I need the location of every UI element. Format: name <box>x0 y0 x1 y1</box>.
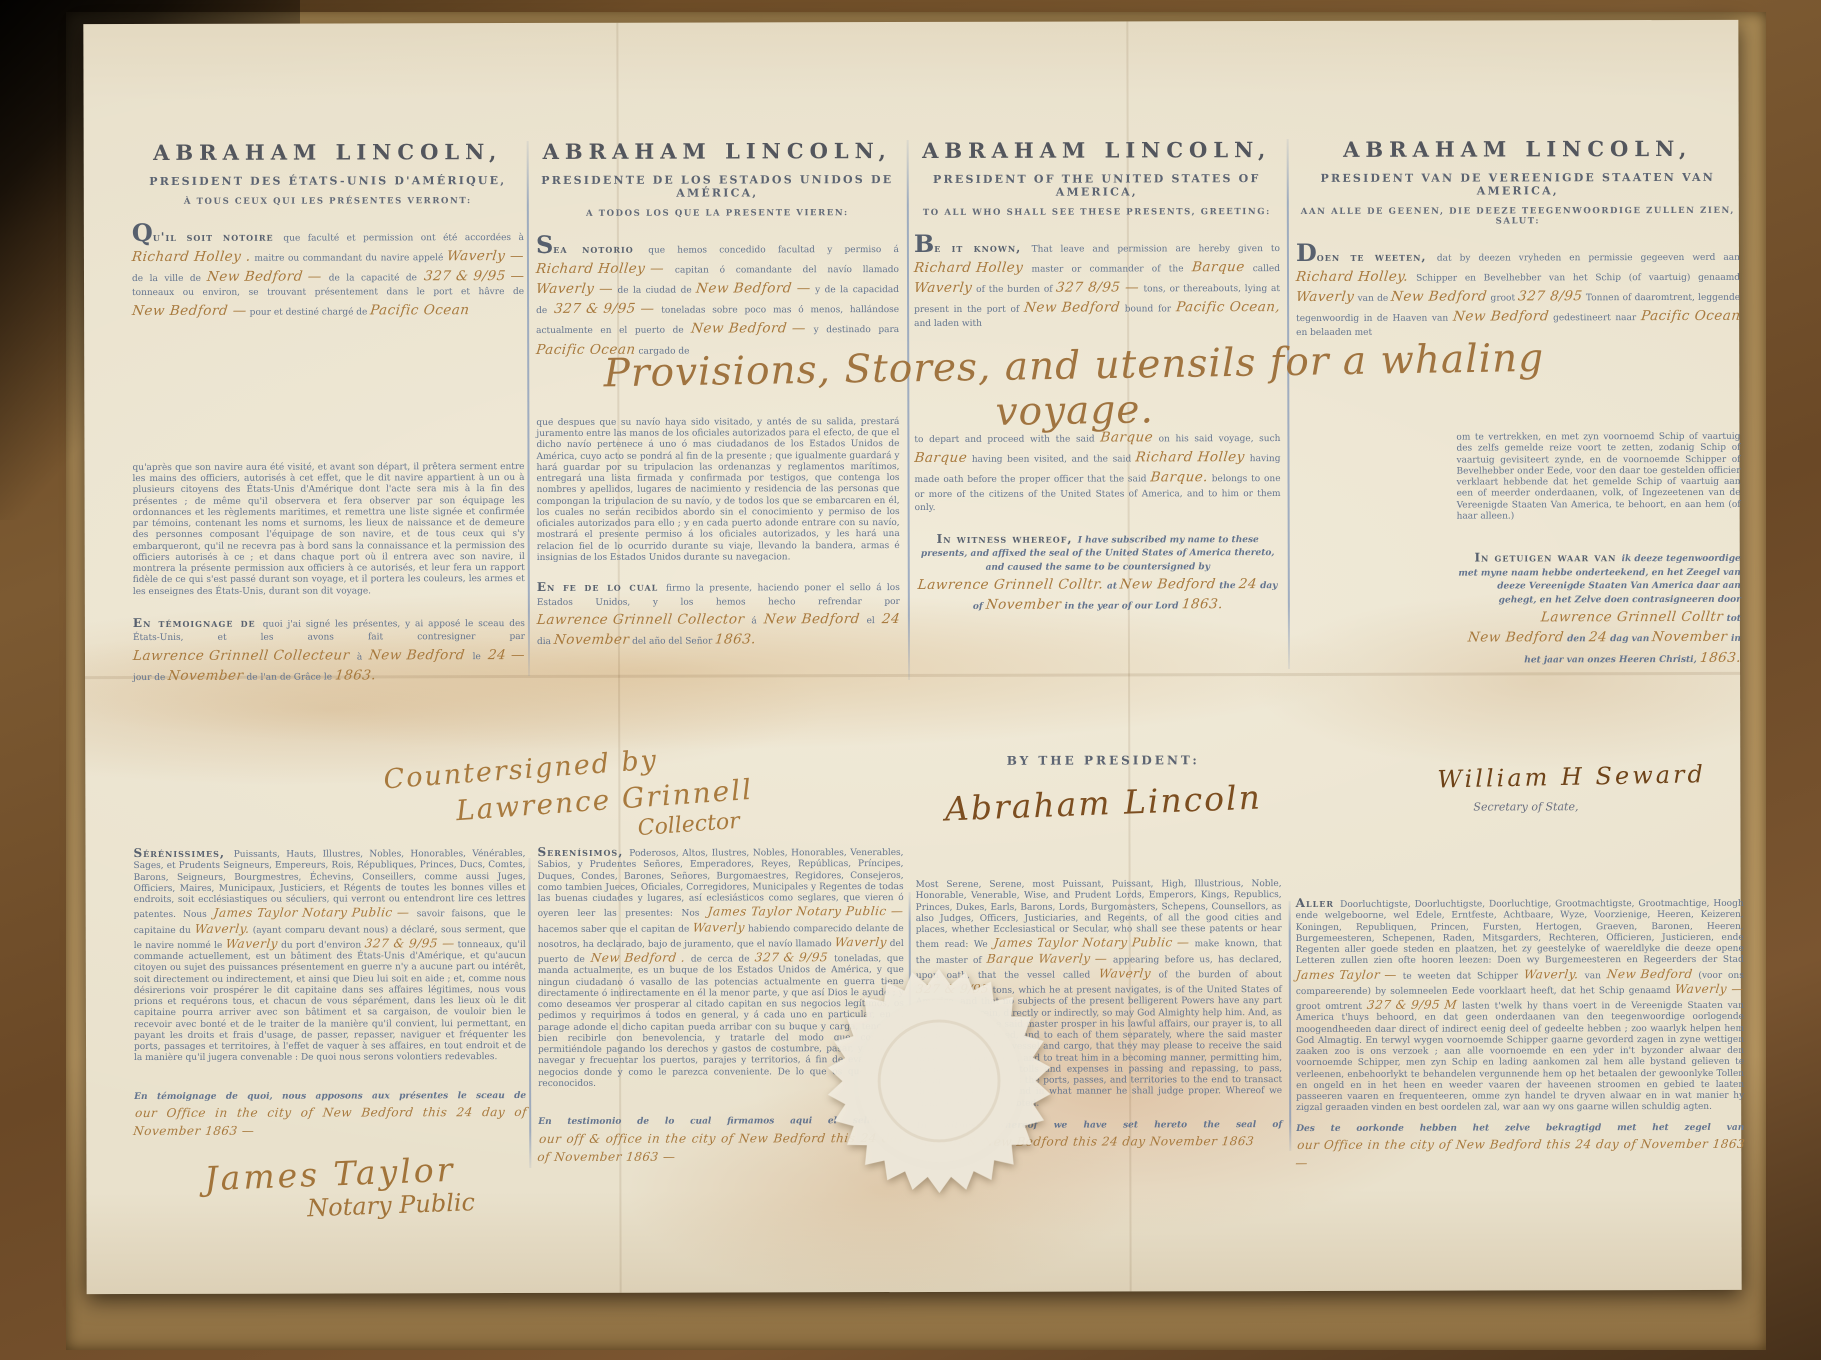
handwritten-entry: New Bedford <box>1606 966 1693 981</box>
printed-text: En témoignage de quoi, nous apposons aux… <box>134 1091 526 1102</box>
printed-text: de l'an de Grâce le <box>244 673 335 683</box>
printed-text: In witness whereof, <box>937 531 1078 545</box>
cargo-script-handwriting: Provisions, Stores, and utensils for a w… <box>584 335 1565 441</box>
page-title: ABRAHAM LINCOLN, <box>132 139 524 165</box>
printed-text: of the burden of <box>972 284 1056 294</box>
handwritten-entry: Lawrence Grinnell Colltr. <box>917 574 1105 595</box>
handwritten-entry: New Bedford <box>1467 628 1565 649</box>
handwritten-entry: 327 & 9/95 — <box>364 936 456 951</box>
handwritten-entry: Pacific Ocean <box>369 300 471 321</box>
handwritten-entry: James Taylor Notary Public — <box>707 904 904 920</box>
handwritten-entry: Barque <box>1191 257 1246 277</box>
printed-text: de la ville de <box>132 274 207 284</box>
printed-text: Serenísimos, <box>537 845 629 859</box>
handwritten-entry: 24 — <box>487 645 526 665</box>
column-separator <box>529 858 532 1168</box>
handwritten-entry: our Office in the city of New Bedford th… <box>132 1103 528 1140</box>
printed-text: In getuigen waar van <box>1474 550 1621 564</box>
handwritten-entry: New Bedford <box>1390 286 1488 307</box>
printed-text: D <box>1296 238 1317 267</box>
opening-clause: Sea notorio que hemos concedido facultad… <box>536 234 899 360</box>
handwritten-entry: Waverly — <box>1674 982 1745 997</box>
framed-lincoln-ship-passport: ABRAHAM LINCOLN, PRESIDENT DES ÉTATS-UNI… <box>0 0 1821 1360</box>
handwritten-entry: 327 & 9/95 — <box>422 266 525 287</box>
printed-text: That leave and permission are hereby giv… <box>1032 244 1280 255</box>
handwritten-entry: 1863. <box>1699 647 1742 667</box>
printed-text: to depart and proceed with the said <box>914 434 1100 444</box>
handwritten-entry: Richard Holley. <box>1295 266 1409 287</box>
handwritten-entry: Waverly <box>225 936 279 951</box>
salutation-line: TO ALL WHO SHALL SEE THESE PRESENTS, GRE… <box>914 207 1280 218</box>
page-title: ABRAHAM LINCOLN, <box>1296 136 1740 162</box>
printed-text: B <box>914 229 934 258</box>
printed-text: Aller <box>1296 896 1341 910</box>
printed-text: on his said voyage, such <box>1153 434 1280 444</box>
printed-text: de cerca de <box>685 954 755 964</box>
handwritten-entry: November <box>985 595 1063 615</box>
bottom-address-paragraph: Sérénissimes, Puissants, Hauts, Illustre… <box>133 845 526 1065</box>
embossed-notary-seal <box>823 965 1056 1198</box>
handwritten-entry: November <box>553 630 631 650</box>
witness-clause: En fe de lo cual firmo la presente, haci… <box>537 577 900 650</box>
handwritten-entry: 1863. <box>714 630 757 650</box>
printed-text: u'il soit notoire <box>153 230 284 244</box>
handwritten-entry: Waverly — <box>446 246 525 266</box>
countersigned-note: Countersigned by Lawrence Grinnell Colle… <box>382 733 818 859</box>
opening-clause: Qu'il soit notoire que faculté et permis… <box>132 222 524 321</box>
handwritten-entry: James Taylor Notary Public — <box>992 936 1189 952</box>
column-dutch-voyage-clause: om te vertrekken, en met zyn voornoemd S… <box>1456 432 1741 668</box>
printed-text: tot <box>1723 614 1740 624</box>
seal-starburst <box>823 965 1056 1198</box>
salutation-line: AAN ALLE DE GEENEN, DIE DEEZE TEEGENWOOR… <box>1296 206 1740 227</box>
handwritten-entry: Richard Holley — <box>535 258 665 279</box>
printed-text: groot <box>1487 293 1518 303</box>
printed-text: capitan ó comandante del navío llamado <box>664 265 899 276</box>
handwritten-entry: New Bedford <box>1119 574 1217 595</box>
opening-clause: Doen te weeten, dat by deezen vryheden e… <box>1296 242 1740 341</box>
printed-text: En témoignage de <box>133 615 263 629</box>
printed-text: te weeten dat Schipper <box>1397 971 1524 981</box>
notary-footer: En témoignage de quoi, nous apposons aux… <box>134 1090 526 1141</box>
handwritten-entry: Richard Holley <box>913 257 1024 278</box>
president-signature-block: BY THE PRESIDENT: Abraham Lincoln <box>913 753 1293 823</box>
printed-text: pour et destiné chargé de <box>247 307 370 317</box>
president-subtitle: PRESIDENT VAN DE VEREENIGDE STAATEN VAN … <box>1296 171 1740 198</box>
opening-clause: Be it known, That leave and permission a… <box>914 233 1280 332</box>
printed-text: Sérénissimes, <box>133 846 233 860</box>
handwritten-entry: Lawrence Grinnell Colltr <box>1540 607 1724 628</box>
printed-text: en belaaden met <box>1296 328 1372 338</box>
printed-text: bound for <box>1120 304 1176 314</box>
printed-text: de la capacité de <box>322 273 423 283</box>
handwritten-entry: 327 & 9/95 — <box>553 299 656 320</box>
by-the-president-label: BY THE PRESIDENT: <box>913 753 1293 768</box>
depart-clause: to depart and proceed with the said Barq… <box>914 427 1280 516</box>
handwritten-entry: New Bedford — <box>690 319 807 340</box>
printed-text: qu'après que son navire aura été visité,… <box>132 462 524 597</box>
handwritten-entry: Pacific Ocean <box>1640 306 1742 327</box>
handwritten-entry: Waverly <box>834 935 888 950</box>
printed-text: den <box>1564 634 1589 644</box>
bottom-address-paragraph: Aller Doorluchtigste, Doorluchtigste, Do… <box>1296 895 1745 1115</box>
page-title: ABRAHAM LINCOLN, <box>914 137 1280 163</box>
president-subtitle: PRESIDENTE DE LOS ESTADOS UNIDOS DE AMÉR… <box>536 173 899 200</box>
printed-text: Q <box>132 218 153 247</box>
column-french-upper: ABRAHAM LINCOLN, PRESIDENT DES ÉTATS-UNI… <box>132 139 525 686</box>
secretary-of-state-label: Secretary of State, <box>1473 800 1767 814</box>
handwritten-entry: Waverly <box>692 920 746 935</box>
handwritten-entry: November <box>167 666 245 686</box>
handwritten-entry: New Bedford <box>763 609 861 630</box>
handwritten-entry: Waverly <box>1098 966 1152 981</box>
printed-text: maitre ou commandant du navire appelé <box>251 253 447 264</box>
salutation-line: À TOUS CEUX QUI LES PRÉSENTES VERRONT: <box>132 196 524 207</box>
printed-text: Doorluchtigste, Doorluchtigste, Doorluch… <box>1296 899 1744 966</box>
handwritten-entry: New Bedford — <box>695 278 812 299</box>
printed-text: at <box>1104 581 1120 591</box>
printed-text: Des te oorkonde hebben het zelve bekragt… <box>1296 1122 1744 1133</box>
salutation-line: A TODOS LOS QUE LA PRESENTE VIEREN: <box>536 208 899 219</box>
printed-text: del año del Señor <box>629 637 715 647</box>
handwritten-entry: Waverly. <box>194 921 250 936</box>
printed-text: om te vertrekken, en met zyn voornoemd S… <box>1456 432 1740 521</box>
witness-clause: In getuigen waar van ik deeze tegenwoord… <box>1457 548 1741 668</box>
printed-text: dat by deezen vryheden en permissie gege… <box>1437 253 1740 264</box>
handwritten-entry: New Bedford <box>368 645 466 666</box>
printed-text: En fe de lo cual <box>537 580 666 594</box>
handwritten-entry: Barque. <box>1149 467 1209 487</box>
printed-text: jour de <box>133 673 168 683</box>
handwritten-entry: 327 8/95 — <box>1055 277 1140 297</box>
printed-text: ea notorio <box>553 242 648 256</box>
printed-text: hacemos saber que el capitan de <box>538 924 693 934</box>
printed-text: le <box>465 652 488 662</box>
handwritten-entry: Pacific Ocean, <box>1175 297 1281 318</box>
voyage-clause: om te vertrekken, en met zyn voornoemd S… <box>1456 432 1740 523</box>
oath-clause: qu'après que son navire aura été visité,… <box>132 462 524 598</box>
handwritten-entry: New Bedford <box>1452 306 1550 327</box>
handwritten-entry: Barque <box>913 448 968 468</box>
document-paper: ABRAHAM LINCOLN, PRESIDENT DES ÉTATS-UNI… <box>83 20 1741 1294</box>
handwritten-entry: 327 8/95 <box>1517 286 1583 306</box>
column-dutch-upper: ABRAHAM LINCOLN, PRESIDENT VAN DE VEREEN… <box>1296 136 1741 341</box>
printed-text: and laden with <box>914 319 982 329</box>
handwritten-entry: New Bedford . <box>590 951 686 966</box>
lincoln-signature: Abraham Lincoln <box>913 776 1294 829</box>
handwritten-entry: New Bedford — <box>131 300 248 321</box>
column-dutch-bottom: Aller Doorluchtigste, Doorluchtigste, Do… <box>1296 895 1745 1173</box>
printed-text: du port d'environ <box>278 940 365 950</box>
printed-text: y destinado para <box>806 325 899 335</box>
printed-text: called <box>1244 264 1280 274</box>
president-subtitle: PRESIDENT OF THE UNITED STATES OF AMERIC… <box>914 172 1280 199</box>
handwritten-entry: James Taylor — <box>1295 967 1398 982</box>
seward-signature: William H Seward <box>1437 759 1767 794</box>
handwritten-entry: 24 <box>881 609 901 629</box>
printed-text: S <box>536 230 553 259</box>
printed-text: gedestineert naar <box>1549 313 1641 323</box>
handwritten-entry: Waverly <box>913 278 973 298</box>
printed-text: que hemos concedido facultad y permiso á <box>648 245 899 256</box>
handwritten-entry: 24 <box>1588 627 1608 647</box>
column-separator <box>527 141 530 676</box>
handwritten-entry: our Office in the city of New Bedford th… <box>1294 1135 1746 1172</box>
printed-text: tonneaux ou environ, se trouvant présent… <box>132 287 524 298</box>
seward-signature-block: William H Seward Secretary of State, <box>1437 762 1767 814</box>
page-title: ABRAHAM LINCOLN, <box>536 138 899 164</box>
handwritten-entry: New Bedford — <box>206 266 323 287</box>
printed-text: dag van <box>1607 634 1652 644</box>
handwritten-entry: Richard Holley <box>1135 447 1246 468</box>
printed-text: á <box>744 616 763 626</box>
printed-text: el <box>860 616 882 626</box>
handwritten-entry: James Taylor Notary Public — <box>213 906 410 922</box>
printed-text: lasten t'welk hy thans voert in de Veree… <box>1296 1001 1744 1113</box>
handwritten-entry: 24 <box>1238 574 1258 594</box>
handwritten-entry: Richard Holley . <box>131 246 252 267</box>
printed-text: de la ciudad de <box>613 285 696 295</box>
handwritten-entry: 327 & 9/95 <box>754 950 829 965</box>
handwritten-entry: 1863. <box>334 665 377 685</box>
witness-clause: In witness whereof, I have subscribed my… <box>915 529 1281 616</box>
handwritten-entry: Lawrence Grinnell Collecteur <box>132 645 351 666</box>
printed-text: having been visited, and the said <box>967 454 1136 464</box>
printed-text: the <box>1216 581 1239 591</box>
printed-text: à <box>350 652 370 662</box>
printed-text: in the year of our Lord <box>1061 602 1181 612</box>
handwritten-entry: Waverly <box>1295 287 1355 307</box>
printed-text: of the burden of about <box>1151 970 1282 980</box>
printed-text: groot omtrent <box>1296 1002 1367 1012</box>
printed-text: dia <box>537 637 554 647</box>
handwritten-entry: 1863. <box>1181 594 1224 614</box>
witness-clause: En témoignage de quoi j'ai signé les pré… <box>133 613 525 687</box>
printed-text: oen te weeten, <box>1317 250 1437 264</box>
printed-text: tonneaux, qu'il commande actuellement, e… <box>134 940 526 1064</box>
printed-text: van de <box>1354 293 1391 303</box>
handwritten-entry: New Bedford <box>1023 297 1121 318</box>
handwritten-entry: Waverly — <box>535 279 614 299</box>
printed-text: master or commander of the <box>1023 264 1191 274</box>
president-subtitle: PRESIDENT DES ÉTATS-UNIS D'AMÉRIQUE, <box>132 174 524 188</box>
column-separator <box>1289 901 1292 1151</box>
notary-signature-block: James Taylor Notary Public <box>133 1147 527 1229</box>
handwritten-entry: November <box>1651 627 1729 647</box>
column-french-bottom: Sérénissimes, Puissants, Hauts, Illustre… <box>133 845 526 1222</box>
printed-text: e it known, <box>934 241 1031 255</box>
printed-text: van <box>1579 971 1607 981</box>
handwritten-entry: Lawrence Grinnell Collector <box>536 609 746 630</box>
printed-text: que faculté et permission ont été accord… <box>283 233 524 244</box>
handwritten-entry: Waverly. <box>1523 967 1579 982</box>
notary-footer: Des te oorkonde hebben het zelve bekragt… <box>1296 1121 1744 1172</box>
printed-text: Schipper en Bevelhebber van het Schip (o… <box>1408 272 1740 283</box>
handwritten-entry: 327 & 9/95 M <box>1366 998 1458 1013</box>
